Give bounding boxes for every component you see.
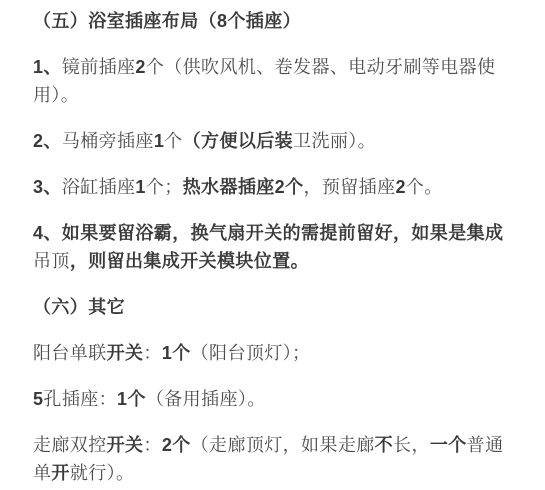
text-run: 2个	[162, 435, 191, 455]
text-run: 1个	[162, 343, 191, 363]
paragraph-spare-socket: 5孔插座：1个（备用插座）。	[33, 385, 515, 413]
text-run: ，则留出集成开关模块位置。	[70, 251, 309, 271]
text-run: 1	[135, 177, 145, 197]
text-run: 1个	[117, 389, 146, 409]
text-run: 1、	[33, 57, 62, 77]
heading-text: （五）浴室插座布局（8个插座）	[33, 11, 301, 31]
text-run: ，预留插座	[303, 177, 395, 197]
text-run: 2	[135, 57, 145, 77]
text-run: 开关	[107, 435, 144, 455]
text-run: 2、	[33, 131, 62, 151]
text-run: （方便以后装	[183, 131, 293, 151]
text-run: 开关	[107, 343, 144, 363]
text-run: 一个	[430, 435, 467, 455]
paragraph-toilet-socket: 2、马桶旁插座1个（方便以后装卫洗丽）。	[33, 127, 515, 155]
text-run: 开	[51, 463, 69, 483]
text-run: 个。	[406, 177, 443, 197]
text-run: 2	[395, 177, 405, 197]
paragraph-mirror-sockets: 1、镜前插座2个（供吹风机、卷发器、电动牙刷等电器使用）。	[33, 53, 515, 109]
text-run: 热水器插座2个	[183, 177, 304, 197]
text-run: 个；	[146, 177, 183, 197]
text-run: 个	[164, 131, 182, 151]
paragraph-bathtub-heater-sockets: 3、浴缸插座1个；热水器插座2个，预留插座2个。	[33, 173, 515, 201]
section-heading-bathroom-sockets: （五）浴室插座布局（8个插座）	[33, 7, 515, 35]
text-run: （走廊顶灯，如果走廊	[191, 435, 375, 455]
text-run: 1	[154, 131, 164, 151]
text-run: 4、如果要留浴霸，换气扇开关的需提前留好，如果是集成	[33, 223, 503, 243]
text-run: （阳台顶灯）；	[191, 343, 311, 363]
text-run: 孔插座：	[43, 389, 117, 409]
paragraph-balcony-switch: 阳台单联开关：1个（阳台顶灯）；	[33, 339, 515, 367]
text-run: 浴缸插座	[62, 177, 136, 197]
text-run: 长，	[393, 435, 430, 455]
text-run: 马桶旁插座	[62, 131, 154, 151]
text-run: 卫洗丽）。	[293, 131, 376, 151]
text-run: ：	[143, 343, 161, 363]
text-run: 3、	[33, 177, 62, 197]
text-run: 走廊双控	[33, 435, 107, 455]
text-run: 不	[375, 435, 393, 455]
text-run: 镜前插座	[62, 57, 136, 77]
text-run: （备用插座）。	[146, 389, 266, 409]
paragraph-exhaust-fan-switch: 4、如果要留浴霸，换气扇开关的需提前留好，如果是集成吊顶，则留出集成开关模块位置…	[33, 219, 515, 275]
text-run: 5	[33, 389, 43, 409]
heading-text: （六）其它	[33, 297, 125, 317]
text-run: ：	[143, 435, 161, 455]
section-heading-others: （六）其它	[33, 293, 515, 321]
article-body: （五）浴室插座布局（8个插座） 1、镜前插座2个（供吹风机、卷发器、电动牙刷等电…	[0, 0, 545, 490]
text-run: 就行）。	[70, 463, 135, 483]
paragraph-corridor-switch: 走廊双控开关：2个（走廊顶灯，如果走廊不长，一个普通单开就行）。	[33, 431, 515, 487]
text-run: 吊顶	[33, 251, 70, 271]
text-run: 阳台单联	[33, 343, 107, 363]
